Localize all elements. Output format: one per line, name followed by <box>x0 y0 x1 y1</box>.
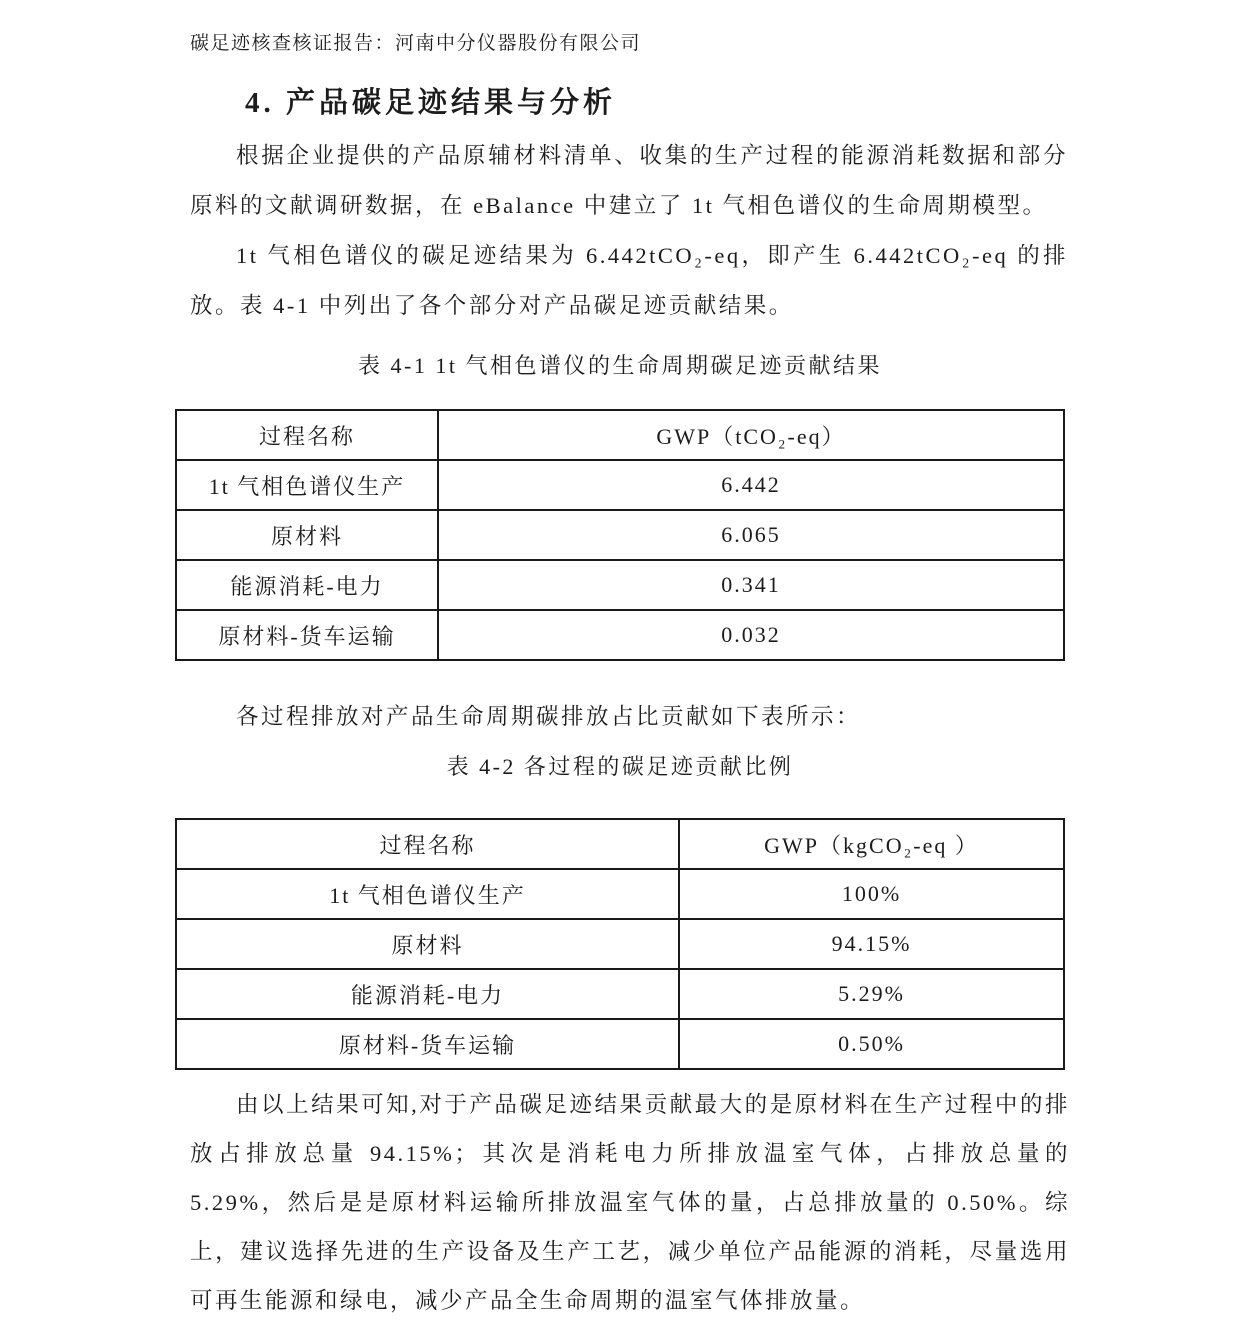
gwp-value-cell: 0.032 <box>438 610 1064 660</box>
process-name-cell: 1t 气相色谱仪生产 <box>176 869 679 919</box>
table-row: 1t 气相色谱仪生产 100% <box>176 869 1064 919</box>
process-name-cell: 原材料 <box>176 919 679 969</box>
section-title: 4. 产品碳足迹结果与分析 <box>245 80 616 121</box>
table-header-row: 过程名称 GWP（kgCO₂-eq ） <box>176 819 1064 869</box>
table-row: 能源消耗-电力 0.341 <box>176 560 1064 610</box>
process-name-cell: 能源消耗-电力 <box>176 560 438 610</box>
gwp-percent-cell: 94.15% <box>679 919 1064 969</box>
gwp-value-cell: 6.442 <box>438 460 1064 510</box>
paragraph-table2-lead: 各过程排放对产品生命周期碳排放占比贡献如下表所示： <box>190 692 1068 742</box>
process-name-cell: 原材料-货车运输 <box>176 1019 679 1069</box>
report-header: 碳足迹核查核证报告：河南中分仪器股份有限公司 <box>190 28 641 55</box>
paragraph-result: 1t 气相色谱仪的碳足迹结果为 6.442tCO₂-eq，即产生 6.442tC… <box>190 231 1068 331</box>
gwp-value-cell: 6.065 <box>438 510 1064 560</box>
column-header-gwp: GWP（kgCO₂-eq ） <box>679 819 1064 869</box>
gwp-percent-cell: 5.29% <box>679 969 1064 1019</box>
table-row: 原材料 94.15% <box>176 919 1064 969</box>
gwp-percent-cell: 0.50% <box>679 1019 1064 1069</box>
table-4-1: 过程名称 GWP（tCO₂-eq） 1t 气相色谱仪生产 6.442 原材料 6… <box>175 409 1065 661</box>
gwp-value-cell: 0.341 <box>438 560 1064 610</box>
document-page: 碳足迹核查核证报告：河南中分仪器股份有限公司 4. 产品碳足迹结果与分析 根据企… <box>0 0 1240 1337</box>
table-row: 1t 气相色谱仪生产 6.442 <box>176 460 1064 510</box>
column-header-process-name: 过程名称 <box>176 410 438 460</box>
process-name-cell: 能源消耗-电力 <box>176 969 679 1019</box>
table2-caption: 表 4-2 各过程的碳足迹贡献比例 <box>175 750 1065 781</box>
process-name-cell: 1t 气相色谱仪生产 <box>176 460 438 510</box>
table-row: 原材料-货车运输 0.50% <box>176 1019 1064 1069</box>
table-row: 原材料-货车运输 0.032 <box>176 610 1064 660</box>
table-4-2: 过程名称 GWP（kgCO₂-eq ） 1t 气相色谱仪生产 100% 原材料 … <box>175 818 1065 1070</box>
column-header-gwp: GWP（tCO₂-eq） <box>438 410 1064 460</box>
process-name-cell: 原材料 <box>176 510 438 560</box>
paragraph-conclusion: 由以上结果可知,对于产品碳足迹结果贡献最大的是原材料在生产过程中的排放占排放总量… <box>190 1080 1070 1325</box>
table1-caption: 表 4-1 1t 气相色谱仪的生命周期碳足迹贡献结果 <box>175 349 1065 380</box>
process-name-cell: 原材料-货车运输 <box>176 610 438 660</box>
table-header-row: 过程名称 GWP（tCO₂-eq） <box>176 410 1064 460</box>
gwp-percent-cell: 100% <box>679 869 1064 919</box>
paragraph-intro: 根据企业提供的产品原辅材料清单、收集的生产过程的能源消耗数据和部分原料的文献调研… <box>190 131 1068 231</box>
table-row: 能源消耗-电力 5.29% <box>176 969 1064 1019</box>
column-header-process-name: 过程名称 <box>176 819 679 869</box>
table-row: 原材料 6.065 <box>176 510 1064 560</box>
